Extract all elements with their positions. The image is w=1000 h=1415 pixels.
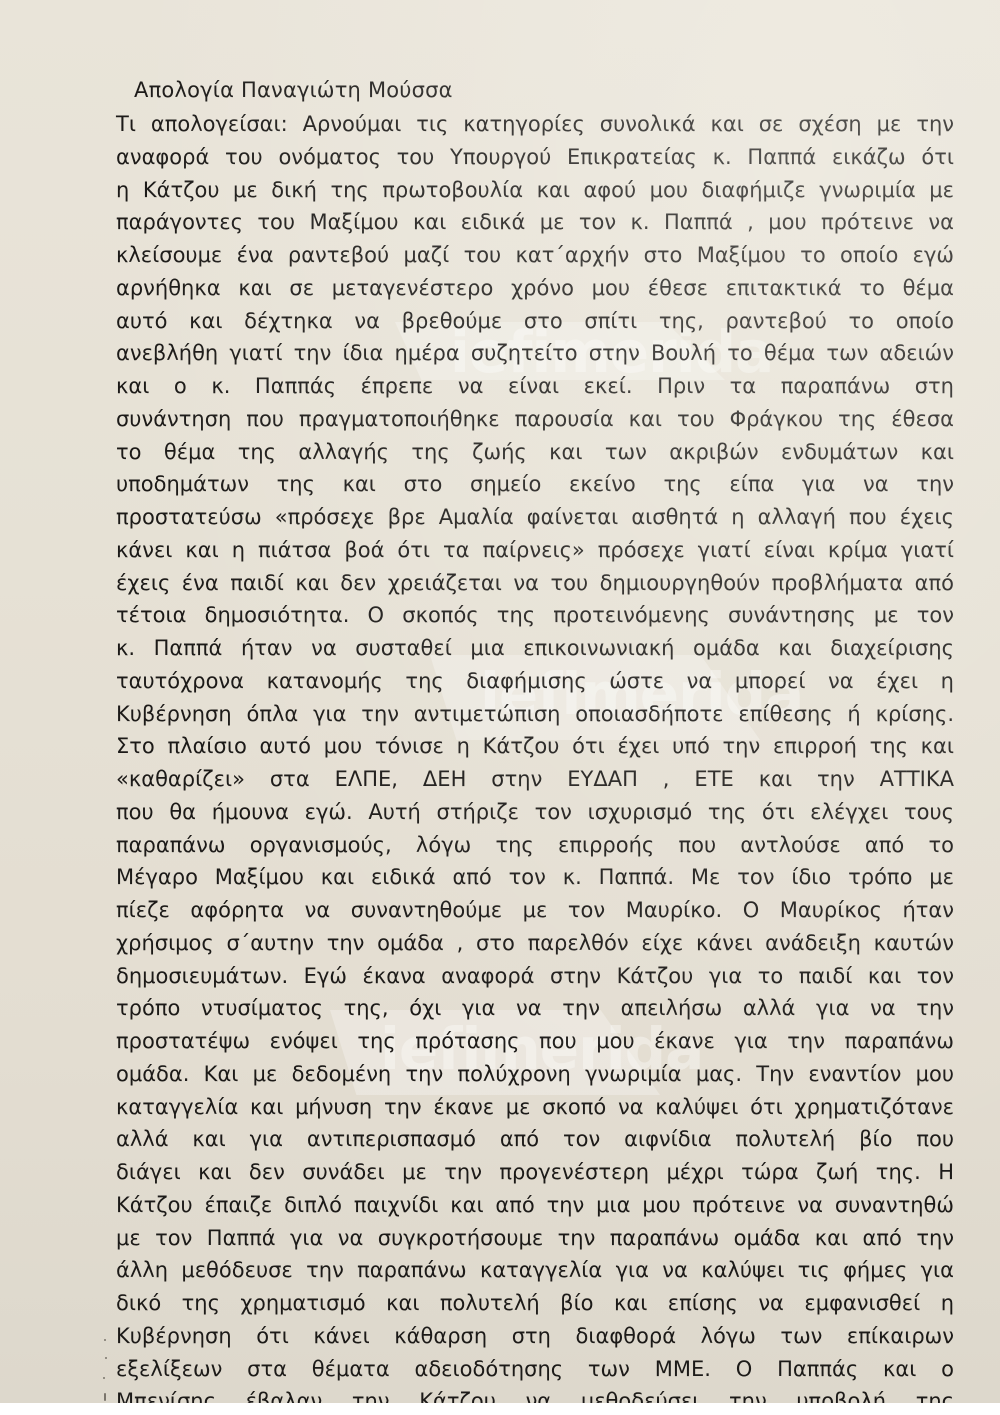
text-line: ανεβλήθη γιατί την ίδια ημέρα συζητείτο …: [116, 337, 954, 370]
text-line: ομάδα. Και με δεδομένη την πολύχρονη γνω…: [116, 1058, 954, 1091]
text-line: το θέμα της αλλαγής της ζωής και των ακρ…: [116, 436, 954, 469]
text-line: εξελίξεων στα θέματα αδειοδότησης των ΜΜ…: [116, 1353, 954, 1386]
text-line: Μέγαρο Μαξίμου και ειδικά από τον κ. Παπ…: [116, 861, 954, 894]
text-line: προστατεύσω «πρόσεχε βρε Αμαλία φαίνεται…: [116, 501, 954, 534]
text-line: που θα ήμουνα εγώ. Αυτή στήριζε τον ισχυ…: [116, 796, 954, 829]
text-line: προστατέψω ενόψει της πρότασης που μου έ…: [116, 1025, 954, 1058]
text-line: αρνήθηκα και σε μεταγενέστερο χρόνο μου …: [116, 272, 954, 305]
text-line: κ. Παππά ήταν να συσταθεί μια επικοινωνι…: [116, 632, 954, 665]
text-line: τρόπο ντυσίματος της, όχι για να την απε…: [116, 992, 954, 1025]
text-line: αυτό και δέχτηκα να βρεθούμε στο σπίτι τ…: [116, 305, 954, 338]
text-line: «καθαρίζει» στα ΕΛΠΕ, ΔΕΗ στην ΕΥΔΑΠ , Ε…: [116, 763, 954, 796]
text-line: η Κάτζου με δική της πρωτοβουλία και αφο…: [116, 174, 954, 207]
text-line: αναφορά του ονόματος του Υπουργού Επικρα…: [116, 141, 954, 174]
text-line: έχεις ένα παιδί και δεν χρειάζεται να το…: [116, 567, 954, 600]
text-line: παράγοντες του Μαξίμου και ειδικά με τον…: [116, 206, 954, 239]
text-line: Στο πλαίσιο αυτό μου τόνισε η Κάτζου ότι…: [116, 730, 954, 763]
text-line: ταυτόχρονα κατανομής της διαφήμισης ώστε…: [116, 665, 954, 698]
text-line: Κάτζου έπαιζε διπλό παιχνίδι και από την…: [116, 1189, 954, 1222]
text-line: πίεζε αφόρητα να συναντηθούμε με τον Μαυ…: [116, 894, 954, 927]
text-line: Κυβέρνηση όπλα για την αντιμετώπιση οποι…: [116, 698, 954, 731]
margin-marks: [102, 1335, 108, 1403]
text-line: συνάντηση που πραγματοποιήθηκε παρουσία …: [116, 403, 954, 436]
text-line: Μπενίσης έβαλαν την Κάτζου να μεθοδεύσει…: [116, 1385, 954, 1403]
text-line: και ο κ. Παππάς έπρεπε να είναι εκεί. Πρ…: [116, 370, 954, 403]
text-line: τέτοια δημοσιότητα. Ο σκοπός της προτειν…: [116, 599, 954, 632]
text-line: παραπάνω οργανισμούς, λόγω της επιρροής …: [116, 829, 954, 862]
text-line: αλλά και για αντιπερισπασμό από τον αιφν…: [116, 1123, 954, 1156]
text-line: κάνει και η πιάτσα βοά ότι τα παίρνεις» …: [116, 534, 954, 567]
text-line: δικό της χρηματισμό και πολυτελή βίο και…: [116, 1287, 954, 1320]
text-line: με τον Παππά για να συγκροτήσουμε την πα…: [116, 1222, 954, 1255]
text-line: υποδημάτων της και στο σημείο εκείνο της…: [116, 468, 954, 501]
text-line: άλλη μεθόδευσε την παραπάνω καταγγελία γ…: [116, 1254, 954, 1287]
text-line: καταγγελία και μήνυση την έκανε με σκοπό…: [116, 1091, 954, 1124]
text-line: δημοσιευμάτων. Εγώ έκανα αναφορά στην Κά…: [116, 960, 954, 993]
text-line: διάγει και δεν συνάδει με την προγενέστε…: [116, 1156, 954, 1189]
document-page: iefimerida iefimerida iefimerida Απολογί…: [0, 0, 1000, 1403]
text-line: κλείσουμε ένα ραντεβού μαζί του κατ΄αρχή…: [116, 239, 954, 272]
document-body: Τι απολογείσαι: Αρνούμαι τις κατηγορίες …: [116, 108, 954, 1403]
text-line: Τι απολογείσαι: Αρνούμαι τις κατηγορίες …: [116, 108, 954, 141]
text-line: Κυβέρνηση ότι κάνει κάθαρση στη διαφθορά…: [116, 1320, 954, 1353]
text-line: χρήσιμος σ΄αυτην την ομάδα , στο παρελθό…: [116, 927, 954, 960]
document-title: Απολογία Παναγιώτη Μούσσα: [134, 78, 453, 102]
